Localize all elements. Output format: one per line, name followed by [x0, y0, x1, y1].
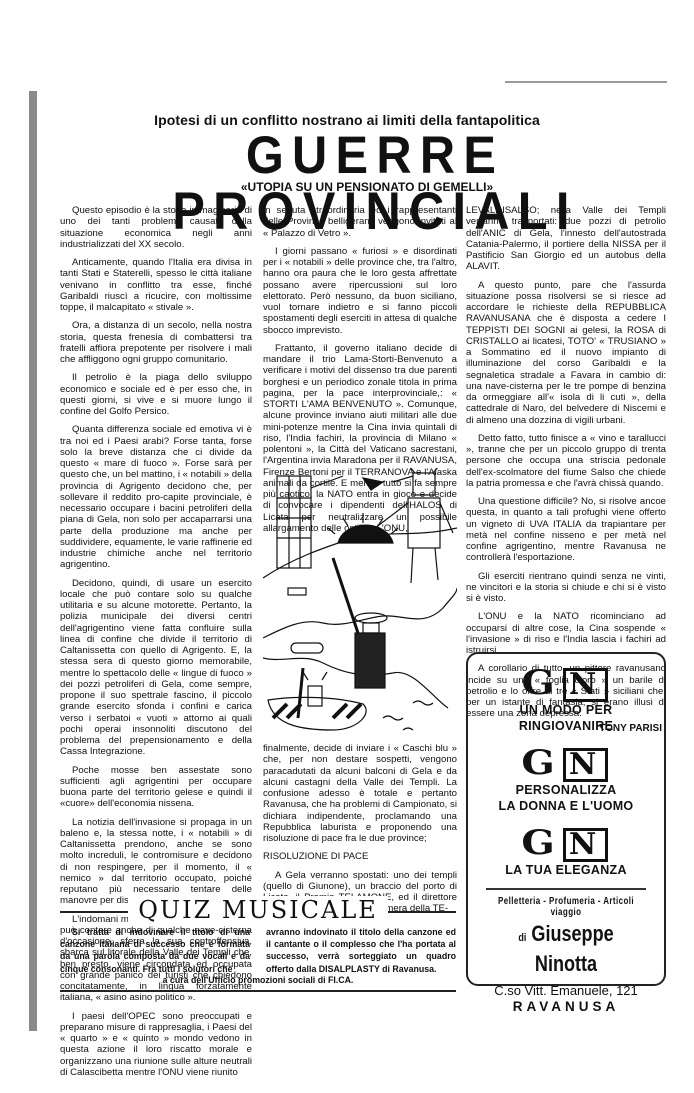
ad-categories: Pelletteria - Profumeria - Articoli viag… — [488, 896, 645, 918]
quiz-box: QUIZ MUSICALE Si tratta di indovinare il… — [60, 897, 456, 992]
quiz-title: QUIZ MUSICALE — [60, 897, 456, 923]
paragraph: Anticamente, quando l'Italia era divisa … — [60, 257, 252, 313]
paragraph: Decidono, quindi, di usare un esercito l… — [60, 578, 252, 758]
page-margin-bar — [29, 91, 37, 1031]
ad-slogan: LA DONNA E L'UOMO — [468, 798, 664, 814]
paragraph: LEVALDISALSO; nella Valle dei Templi ver… — [466, 205, 666, 273]
gn-logo: GN — [468, 824, 664, 862]
top-rule — [505, 81, 667, 83]
paragraph: Il petrolio è la piaga dello sviluppo ec… — [60, 372, 252, 417]
paragraph: in seduta straordinaria ed i rappresenta… — [263, 205, 457, 239]
paragraph: La notizia dell'invasione si propaga in … — [60, 817, 252, 907]
ad-city: RAVANUSA — [468, 999, 664, 1014]
article-subhead: «UTOPIA SU UN PENSIONATO DI GEMELLI» — [0, 180, 694, 194]
ad-slogan: LA TUA ELEGANZA — [468, 862, 664, 878]
ad-slogan: UN MODO PER — [468, 702, 664, 718]
paragraph: Una questione difficile? No, si risolve … — [466, 496, 666, 564]
paragraph: I paesi dell'OPEC sono preoccupati e pre… — [60, 1011, 252, 1079]
ad-divider — [486, 888, 646, 890]
ad-address: C.so Vitt. Emanuele, 121 — [468, 983, 664, 998]
ad-business-name: di Giuseppe Ninotta — [486, 921, 647, 977]
ad-name-text: Giuseppe Ninotta — [531, 921, 613, 976]
logo-letter-g: G — [521, 744, 561, 782]
logo-letter-n: N — [563, 748, 608, 782]
paragraph: finalmente, decide di inviare i « Caschi… — [263, 743, 457, 844]
quiz-right-column: avranno indovinato il titolo della canzo… — [266, 926, 456, 975]
quiz-text-right: avranno indovinato il titolo della canzo… — [266, 926, 456, 975]
paragraph: L'ONU e la NATO ricominciano ad occupars… — [466, 611, 666, 656]
gn-logo: GN — [468, 744, 664, 782]
quiz-title-text: QUIZ MUSICALE — [128, 896, 388, 924]
war-map-cartoon-icon — [263, 468, 457, 738]
gn-logo: GN — [468, 664, 664, 702]
logo-letter-n: N — [563, 828, 608, 862]
quiz-bottom-rule — [60, 990, 456, 992]
paragraph: Gli eserciti rientrano quindi senza ne v… — [466, 571, 666, 605]
logo-letter-g: G — [521, 664, 561, 702]
paragraph: Quanta differenza sociale ed emotiva vi … — [60, 424, 252, 570]
ad-slogan: RINGIOVANIRE — [468, 718, 664, 734]
logo-letter-n: N — [563, 668, 608, 702]
ad-name-prefix: di — [518, 932, 526, 944]
ad-slogan: PERSONALIZZA — [468, 782, 664, 798]
paragraph: Detto fatto, tutto finisce a « vino e ta… — [466, 433, 666, 489]
paragraph: I giorni passano « furiosi » e disordina… — [263, 246, 457, 336]
logo-letter-g: G — [521, 824, 561, 862]
advertisement-box: GN UN MODO PER RINGIOVANIRE GN PERSONALI… — [466, 652, 666, 986]
quiz-left-column: Si tratta di indovinare il titolo di una… — [60, 926, 250, 975]
paragraph: A questo punto, pare che l'assurda situa… — [466, 280, 666, 426]
cartoon-illustration — [263, 468, 457, 738]
section-heading: RISOLUZIONE DI PACE — [263, 851, 457, 862]
paragraph: Poche mosse ben assestate sono sufficien… — [60, 765, 252, 810]
article-column-2-continued: finalmente, decide di inviare i « Caschi… — [263, 743, 457, 922]
quiz-credit: a cura dell'Ufficio promozioni sociali d… — [60, 975, 456, 985]
paragraph: Ora, a distanza di un secolo, nella nost… — [60, 320, 252, 365]
paragraph: Questo episodio è la storia immaginaria … — [60, 205, 252, 250]
quiz-text-left: Si tratta di indovinare il titolo di una… — [60, 926, 250, 975]
